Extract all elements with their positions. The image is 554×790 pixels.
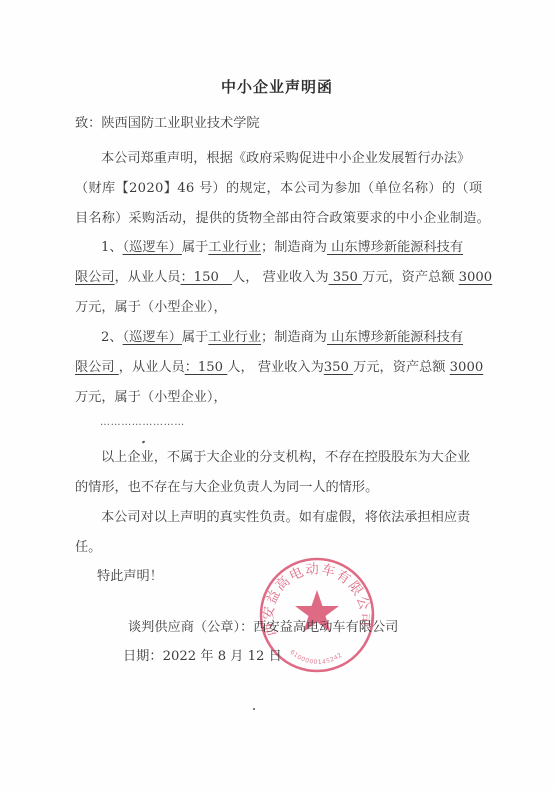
date-label: 日期： (123, 649, 163, 664)
date-value: 2022 年 8 月 12 日 (163, 649, 282, 664)
item-employees-value: ：150 (185, 360, 228, 375)
item-employees-label: ，从业人员 (119, 360, 185, 375)
item-1-line-1: 1、（巡逻车）属于工业行业；制造商为 山东博珍新能源科技有 (101, 239, 463, 257)
addressee: 陕西国防工业职业技术学院 (101, 116, 259, 131)
supplier-label: 谈判供应商（公章）： (128, 620, 253, 635)
item-employees-unit: 人， (232, 270, 258, 285)
addressee-prefix: 致： (75, 116, 101, 131)
item-belongs-label: 属于 (182, 240, 208, 255)
item-manufacturer: 山东博珍新能源科技有 (327, 240, 463, 255)
supplier-line: 谈判供应商（公章）：西安益高电动车有限公司 (128, 619, 398, 637)
item-1-line-3: 万元，属于（小型企业）， (75, 299, 227, 317)
item-revenue-value: 350 (324, 360, 353, 375)
item-1-line-2: 限公司，从业人员：150 人， 营业收入为 350 万元，资产总额 3000 (75, 269, 492, 287)
item-manufacturer-label: ；制造商为 (261, 240, 327, 255)
item-employees-label: ，从业人员 (115, 270, 181, 285)
item-revenue-label: 营业收入为 (263, 270, 329, 285)
item-2-line-2: 限公司 ，从业人员：150 人， 营业收入为350 万元，资产总额 3000 (75, 359, 483, 377)
closing-statement: 特此声明！ (97, 568, 163, 586)
item-2-line-1: 2、（巡逻车）属于工业行业；制造商为 山东博珍新能源科技有 (101, 329, 463, 347)
intro-line-3: 目名称）采购活动，提供的货物全部由符合政策要求的中小企业制造。 (75, 210, 490, 228)
item-revenue-label: 营业收入为 (258, 360, 324, 375)
item-2-line-3: 万元，属于（小型企业）， (75, 389, 227, 407)
item-index: 1、 (101, 240, 123, 255)
item-product: （巡逻车） (123, 240, 182, 255)
item-revenue-value: 350 (329, 270, 363, 285)
item-assets-value: 3000 (459, 270, 493, 285)
scanned-document-page: 中小企业声明函 致：陕西国防工业职业技术学院 本公司郑重声明，根据《政府采购促进… (0, 0, 554, 790)
item-manufacturer-cont: 限公司 (75, 360, 119, 375)
item-industry: 工业行业 (208, 330, 261, 345)
item-manufacturer: 山东博珍新能源科技有 (327, 330, 463, 345)
item-industry: 工业行业 (208, 240, 261, 255)
scan-speck (142, 440, 146, 443)
scan-speck (253, 708, 255, 710)
item-employees-value: ：150 (181, 270, 233, 285)
item-revenue-unit: 万元，资产总额 (362, 270, 454, 285)
item-manufacturer-cont: 限公司 (75, 270, 115, 285)
clause-1-line-2: 的情形，也不存在与大企业负责人为同一人的情形。 (75, 479, 378, 497)
intro-line-2: （财库【2020】46 号）的规定，本公司为参加（单位名称）的（项 (75, 180, 482, 198)
item-belongs-label: 属于 (182, 330, 208, 345)
item-manufacturer-label: ；制造商为 (261, 330, 327, 345)
stamp-code: 6100000145242 (289, 649, 344, 666)
intro-line-1: 本公司郑重声明，根据《政府采购促进中小企业发展暂行办法》 (101, 150, 470, 168)
clause-2-line-2: 任。 (75, 539, 101, 557)
clause-1-line-1: 以上企业，不属于大企业的分支机构，不存在控股股东为大企业 (101, 449, 470, 467)
addressee-line: 致：陕西国防工业职业技术学院 (75, 115, 260, 133)
item-product: （巡逻车） (123, 330, 182, 345)
supplier-name: 西安益高电动车有限公司 (253, 620, 398, 635)
item-employees-unit: 人， (227, 360, 253, 375)
document-title: 中小企业声明函 (0, 76, 554, 97)
ellipsis-dots: …………………… (100, 417, 185, 428)
item-assets-value: 3000 (450, 360, 484, 375)
item-index: 2、 (101, 330, 123, 345)
date-line: 日期：2022 年 8 月 12 日 (123, 648, 282, 666)
clause-2-line-1: 本公司对以上声明的真实性负责。如有虚假，将依法承担相应责 (101, 509, 470, 527)
item-revenue-unit: 万元，资产总额 (353, 360, 445, 375)
